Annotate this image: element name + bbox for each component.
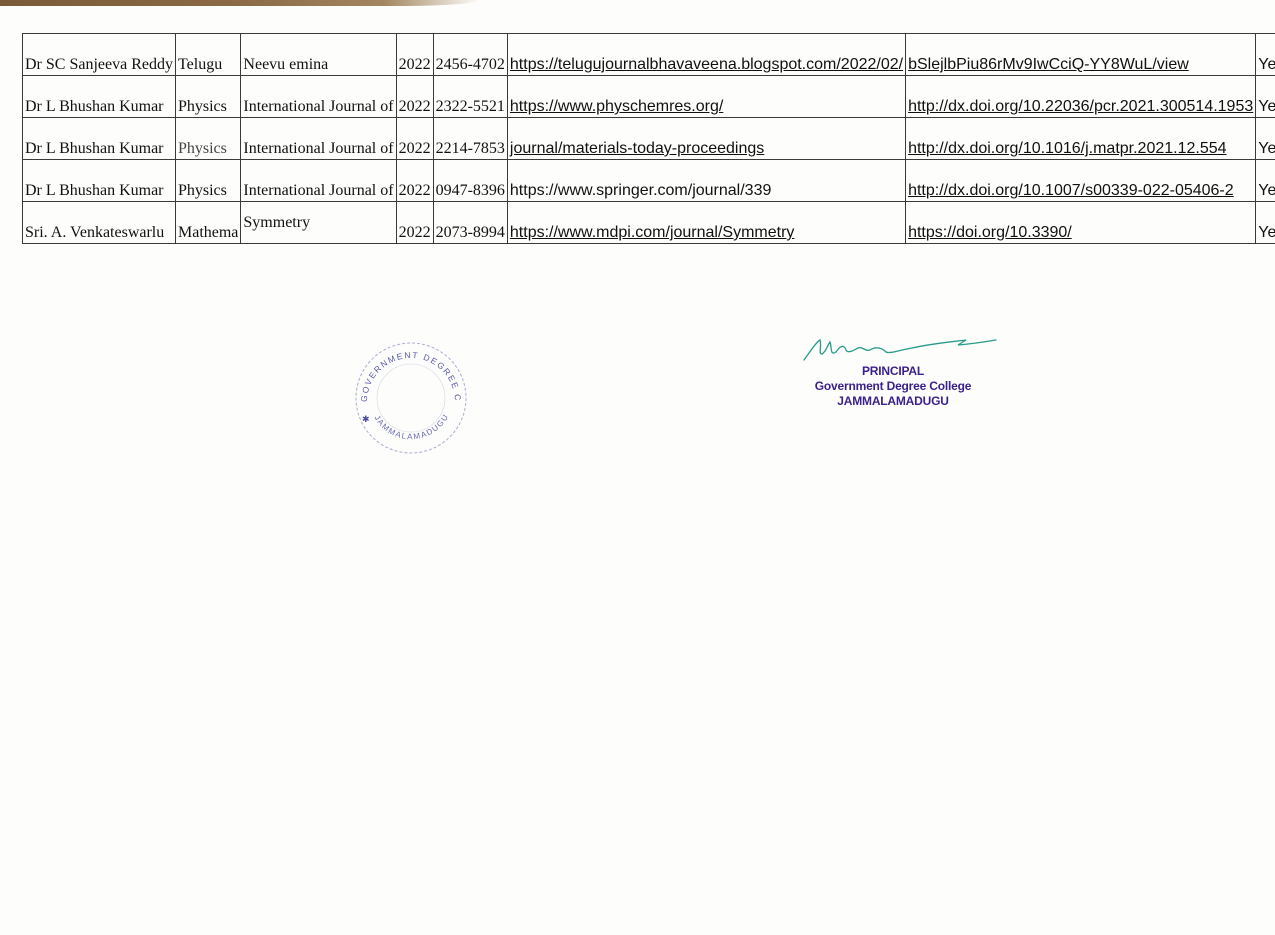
indexed-cell: Yes (1256, 160, 1275, 202)
issn-text: 2456-4702 (436, 56, 505, 73)
journal-link-cell: https://www.physchemres.org/ (507, 76, 905, 118)
year-text: 2022 (399, 140, 431, 157)
issn-cell: 2456-4702 (433, 34, 507, 76)
journal-website-link[interactable]: journal/materials-today-proceedings (510, 140, 764, 157)
journal-website-link[interactable]: https://www.physchemres.org/ (510, 98, 723, 115)
year-text: 2022 (399, 182, 431, 199)
department-cell: Physics (175, 160, 240, 202)
year-cell: 2022 (396, 160, 433, 202)
doi-link[interactable]: http://dx.doi.org/10.22036/pcr.2021.3005… (908, 98, 1253, 115)
journal-name-cell: International Journal of (241, 76, 396, 118)
department-text: Telugu (178, 56, 222, 73)
issn-text: 2214-7853 (436, 140, 505, 157)
department-text: Physics (178, 98, 227, 115)
indexed-cell: Yes (1256, 118, 1275, 160)
indexed-text: Yes (1258, 140, 1275, 157)
doi-link-cell: bSlejlbPiu86rMv9IwCciQ-YY8WuL/view (906, 34, 1256, 76)
faculty-name-cell: Dr SC Sanjeeva Reddy (23, 34, 176, 76)
department-cell: Physics (175, 76, 240, 118)
table-row: Dr L Bhushan KumarPhysicsInternational J… (23, 118, 1275, 160)
journal-link-cell: journal/materials-today-proceedings (507, 118, 905, 160)
faculty-name-cell: Sri. A. Venkateswarlu (23, 202, 176, 244)
seal-star-icon: ✱ (362, 414, 370, 424)
faculty-name-cell: Dr L Bhushan Kumar (23, 160, 176, 202)
doi-link[interactable]: http://dx.doi.org/10.1007/s00339-022-054… (908, 182, 1234, 199)
table-row: Dr L Bhushan KumarPhysicsInternational J… (23, 160, 1275, 202)
year-cell: 2022 (396, 34, 433, 76)
faculty-name-text: Dr L Bhushan Kumar (25, 98, 164, 115)
doi-link-cell: https://doi.org/10.3390/ (906, 202, 1256, 244)
table-row: Dr SC Sanjeeva ReddyTeluguNeevu emina202… (23, 34, 1275, 76)
faculty-name-cell: Dr L Bhushan Kumar (23, 76, 176, 118)
journal-name-text: Neevu emina (243, 56, 328, 73)
svg-text:GOVERNMENT DEGREE COLLEGE: GOVERNMENT DEGREE COLLEGE (353, 340, 463, 402)
journal-name-cell: International Journal of (241, 118, 396, 160)
department-cell: Physics (175, 118, 240, 160)
indexed-text: Yes (1258, 182, 1275, 199)
journal-name-cell: Neevu emina (241, 34, 396, 76)
issn-cell: 2322-5521 (433, 76, 507, 118)
journal-website-link[interactable]: https://www.mdpi.com/journal/Symmetry (510, 224, 795, 241)
year-text: 2022 (399, 98, 431, 115)
journal-link-cell: https://telugujournalbhavaveena.blogspot… (507, 34, 905, 76)
table-row: Sri. A. VenkateswarluMathemaSymmetry2022… (23, 202, 1275, 244)
page-edge-shadow (0, 0, 480, 6)
journal-link-cell: https://www.mdpi.com/journal/Symmetry (507, 202, 905, 244)
doi-link[interactable]: bSlejlbPiu86rMv9IwCciQ-YY8WuL/view (908, 56, 1189, 73)
issn-cell: 0947-8396 (433, 160, 507, 202)
journal-name-text: International Journal of (243, 140, 393, 157)
college-seal: GOVERNMENT DEGREE COLLEGE JAMMALAMADUGU … (353, 340, 469, 456)
doi-link-cell: http://dx.doi.org/10.1016/j.matpr.2021.1… (906, 118, 1256, 160)
year-text: 2022 (399, 224, 431, 241)
faculty-name-text: Dr SC Sanjeeva Reddy (25, 56, 173, 73)
year-text: 2022 (399, 56, 431, 73)
journal-website-link[interactable]: https://telugujournalbhavaveena.blogspot… (510, 56, 903, 73)
indexed-cell: Yes (1256, 202, 1275, 244)
issn-text: 2073-8994 (436, 224, 505, 241)
department-text: Mathema (178, 224, 238, 241)
journal-name-cell: Symmetry (241, 202, 396, 244)
journal-link-cell: https://www.springer.com/journal/339 (507, 160, 905, 202)
year-cell: 2022 (396, 118, 433, 160)
issn-cell: 2214-7853 (433, 118, 507, 160)
department-text: Physics (178, 182, 227, 199)
issn-cell: 2073-8994 (433, 202, 507, 244)
publications-table: Dr SC Sanjeeva ReddyTeluguNeevu emina202… (22, 33, 1275, 244)
seal-top-text: GOVERNMENT DEGREE COLLEGE (353, 340, 463, 402)
issn-text: 2322-5521 (436, 98, 505, 115)
journal-name-cell: International Journal of (241, 160, 396, 202)
year-cell: 2022 (396, 76, 433, 118)
seal-bottom-text: JAMMALAMADUGU (372, 412, 450, 441)
department-cell: Telugu (175, 34, 240, 76)
department-cell: Mathema (175, 202, 240, 244)
department-text: Physics (178, 140, 227, 157)
doi-link-cell: http://dx.doi.org/10.1007/s00339-022-054… (906, 160, 1256, 202)
issn-text: 0947-8396 (436, 182, 505, 199)
indexed-text: Yes (1258, 56, 1275, 73)
doi-link[interactable]: http://dx.doi.org/10.1016/j.matpr.2021.1… (908, 140, 1226, 157)
faculty-name-cell: Dr L Bhushan Kumar (23, 118, 176, 160)
faculty-name-text: Dr L Bhushan Kumar (25, 140, 164, 157)
signature-title: PRINCIPAL (800, 364, 986, 379)
doi-link-cell: http://dx.doi.org/10.22036/pcr.2021.3005… (906, 76, 1256, 118)
signature-institution: Government Degree College (800, 379, 986, 394)
year-cell: 2022 (396, 202, 433, 244)
indexed-cell: Yes (1256, 34, 1275, 76)
journal-website-link[interactable]: https://www.springer.com/journal/339 (510, 182, 771, 199)
faculty-name-text: Sri. A. Venkateswarlu (25, 224, 164, 241)
journal-name-text: International Journal of (243, 98, 393, 115)
svg-text:JAMMALAMADUGU: JAMMALAMADUGU (372, 412, 450, 441)
journal-name-text: International Journal of (243, 182, 393, 199)
indexed-text: Yes (1258, 98, 1275, 115)
table-row: Dr L Bhushan KumarPhysicsInternational J… (23, 76, 1275, 118)
doi-link[interactable]: https://doi.org/10.3390/ (908, 224, 1072, 241)
indexed-text: Yes (1258, 224, 1275, 241)
signature-place: JAMMALAMADUGU (800, 394, 986, 409)
principal-signature-block: PRINCIPAL Government Degree College JAMM… (800, 330, 1000, 420)
indexed-cell: Yes (1256, 76, 1275, 118)
journal-name-text: Symmetry (243, 214, 310, 231)
faculty-name-text: Dr L Bhushan Kumar (25, 182, 164, 199)
